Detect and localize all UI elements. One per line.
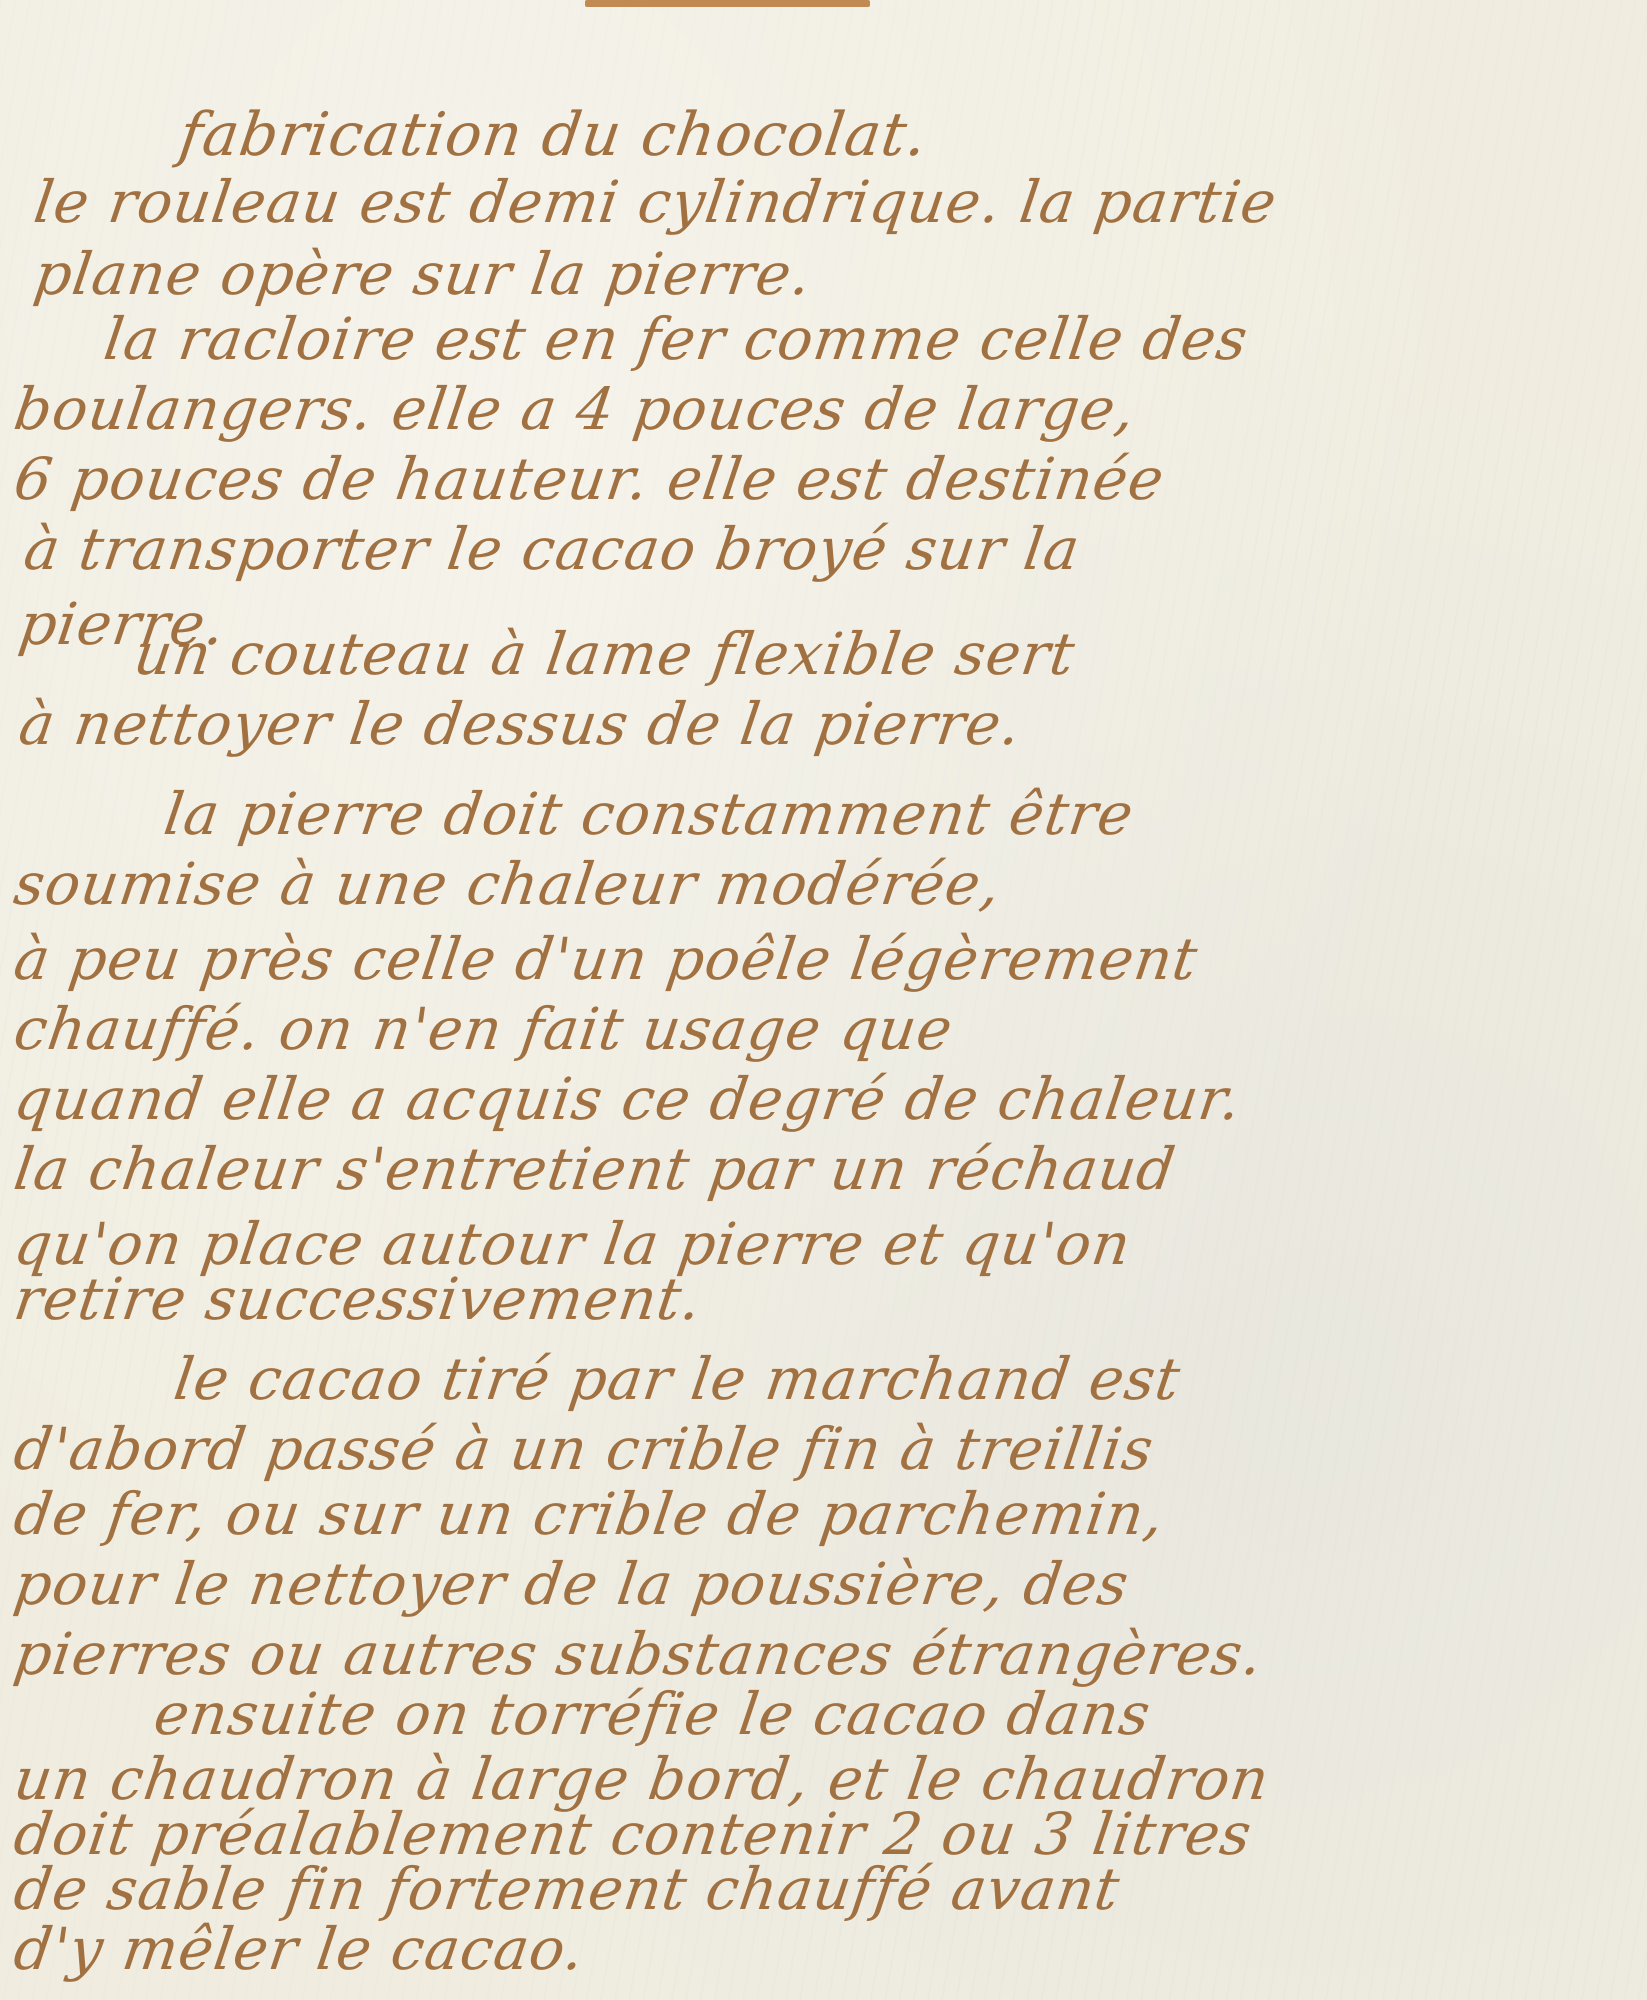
manuscript-page: fabrication du chocolat. le rouleau est … bbox=[0, 0, 1647, 2000]
manuscript-line: le rouleau est demi cylindrique. la part… bbox=[30, 168, 1281, 236]
manuscript-line: boulangers. elle a 4 pouces de large, bbox=[10, 375, 1140, 443]
manuscript-line: pour le nettoyer de la poussière, des bbox=[10, 1550, 1133, 1618]
manuscript-line: d'y mêler le cacao. bbox=[10, 1915, 589, 1983]
manuscript-line: ensuite on torréfie le cacao dans bbox=[150, 1680, 1155, 1748]
manuscript-line: de fer, ou sur un crible de parchemin, bbox=[10, 1480, 1169, 1548]
manuscript-line: la pierre doit constamment être bbox=[160, 780, 1138, 848]
manuscript-line: un couteau à lame flexible sert bbox=[130, 620, 1080, 688]
manuscript-line: de sable fin fortement chauffé avant bbox=[10, 1855, 1124, 1923]
top-ink-rule bbox=[585, 0, 870, 7]
manuscript-line: le cacao tiré par le marchand est bbox=[170, 1345, 1185, 1413]
manuscript-line: d'abord passé à un crible fin à treillis bbox=[10, 1415, 1158, 1483]
manuscript-line: à nettoyer le dessus de la pierre. bbox=[15, 690, 1026, 758]
manuscript-line: la chaleur s'entretient par un réchaud bbox=[10, 1135, 1180, 1203]
manuscript-line: retire successivement. bbox=[10, 1265, 706, 1333]
manuscript-line: la racloire est en fer comme celle des bbox=[100, 305, 1252, 373]
manuscript-line: plane opère sur la pierre. bbox=[30, 240, 816, 308]
manuscript-line: chauffé. on n'en fait usage que bbox=[10, 995, 957, 1063]
manuscript-line: pierres ou autres substances étrangères. bbox=[10, 1620, 1267, 1688]
manuscript-title: fabrication du chocolat. bbox=[175, 100, 932, 170]
manuscript-line: à peu près celle d'un poêle légèrement bbox=[10, 925, 1202, 993]
manuscript-line: quand elle a acquis ce degré de chaleur. bbox=[10, 1065, 1246, 1133]
manuscript-line: à transporter le cacao broyé sur la bbox=[20, 515, 1084, 583]
manuscript-line: soumise à une chaleur modérée, bbox=[10, 850, 1005, 918]
manuscript-line: 6 pouces de hauteur. elle est destinée bbox=[10, 445, 1169, 513]
